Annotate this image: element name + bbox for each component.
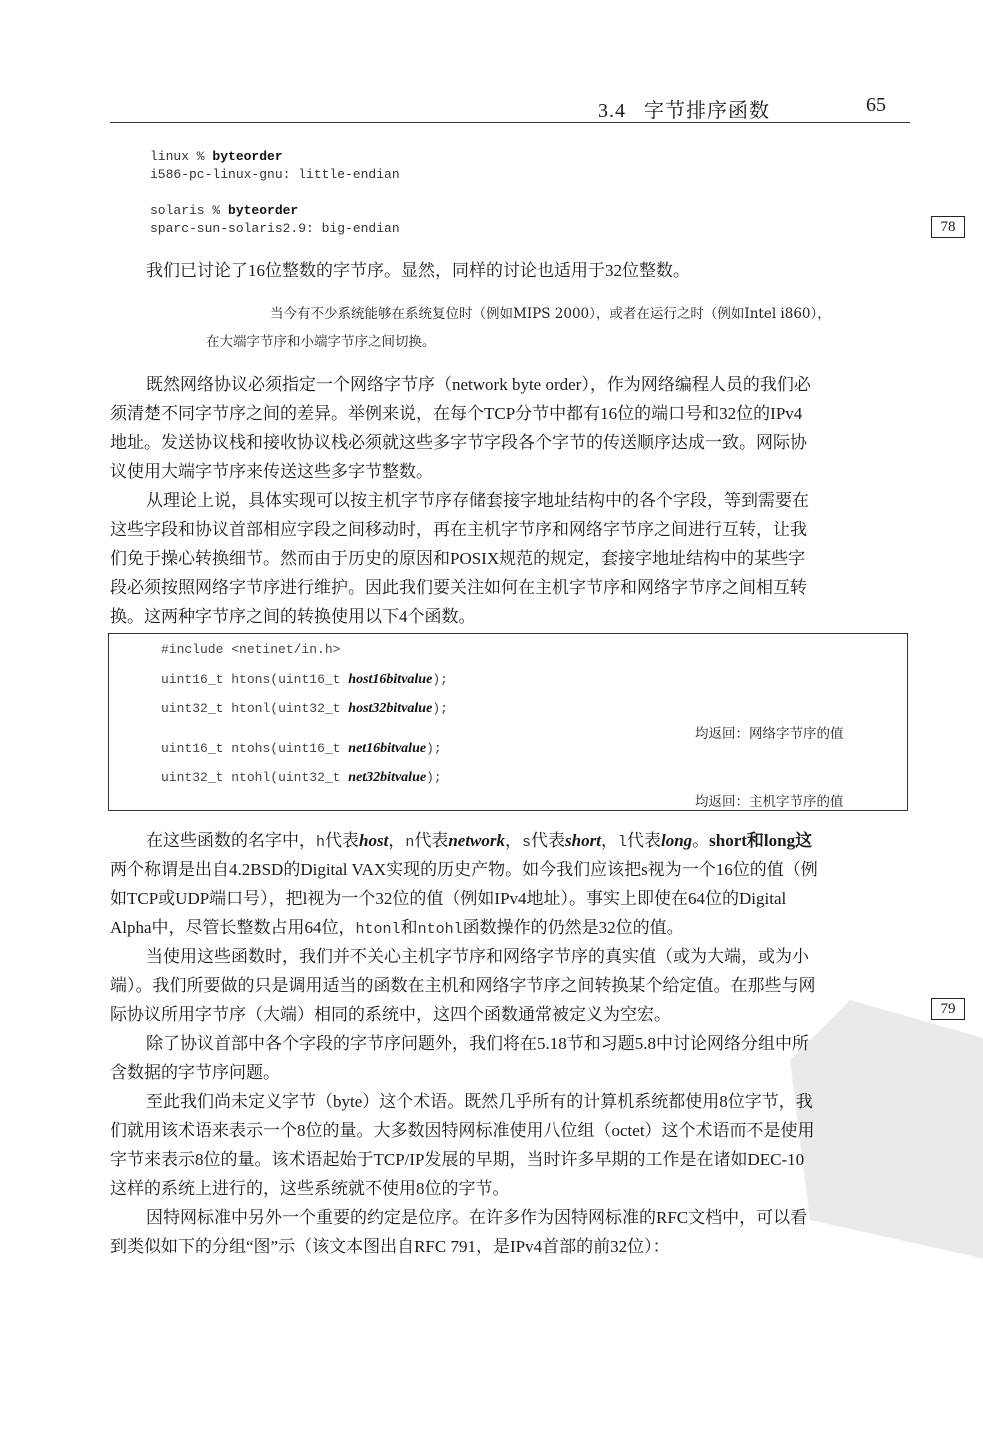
terminal-command-line: solaris % byteorder [150, 202, 400, 220]
paragraph-theory: 从理论上说，具体实现可以按主机字节序存储套接字地址结构中的各个字段，等到需要在 … [110, 486, 910, 631]
prototype-htonl: uint32_t htonl(uint32_t host32bitvalue); [161, 701, 448, 717]
prototype-htons: uint16_t htons(uint16_t host16bitvalue); [161, 672, 448, 688]
section-heading: 3.4字节排序函数 [598, 94, 770, 123]
terminal-output: linux % byteorder i586-pc-linux-gnu: lit… [150, 148, 400, 238]
include-line: #include <netinet/in.h> [161, 642, 340, 657]
running-header: 3.4字节排序函数 65 [110, 92, 910, 123]
function-prototype-box: #include <netinet/in.h> uint16_t htons(u… [108, 633, 908, 811]
prototype-ntohs: uint16_t ntohs(uint16_t net16bitvalue); [161, 741, 442, 757]
note-block: 当今有不少系统能够在系统复位时（例如MIPS 2000），或者在运行之时（例如I… [206, 300, 926, 356]
page-number: 65 [866, 94, 886, 117]
prototype-ntohl: uint32_t ntohl(uint32_t net32bitvalue); [161, 770, 442, 786]
section-number: 3.4 [598, 100, 626, 122]
paragraph-function-names: 在这些函数的名字中，h代表host，n代表network，s代表short，l代… [110, 826, 910, 942]
paragraph-network-order: 既然网络协议必须指定一个网络字节序（network byte order），作为… [110, 370, 910, 486]
terminal-output-line: sparc-sun-solaris2.9: big-endian [150, 220, 400, 238]
section-title: 字节排序函数 [644, 100, 770, 122]
watermark-logo-icon [790, 1000, 983, 1260]
return-note-host: 均返回：主机字节序的值 [695, 790, 844, 810]
intro-paragraph: 我们已讨论了16位整数的字节序。显然，同样的讨论也适用于32位整数。 [110, 256, 910, 285]
margin-page-ref: 78 [931, 216, 965, 238]
terminal-output-line: i586-pc-linux-gnu: little-endian [150, 166, 400, 184]
terminal-command-line: linux % byteorder [150, 148, 400, 166]
return-note-network: 均返回：网络字节序的值 [695, 722, 844, 742]
